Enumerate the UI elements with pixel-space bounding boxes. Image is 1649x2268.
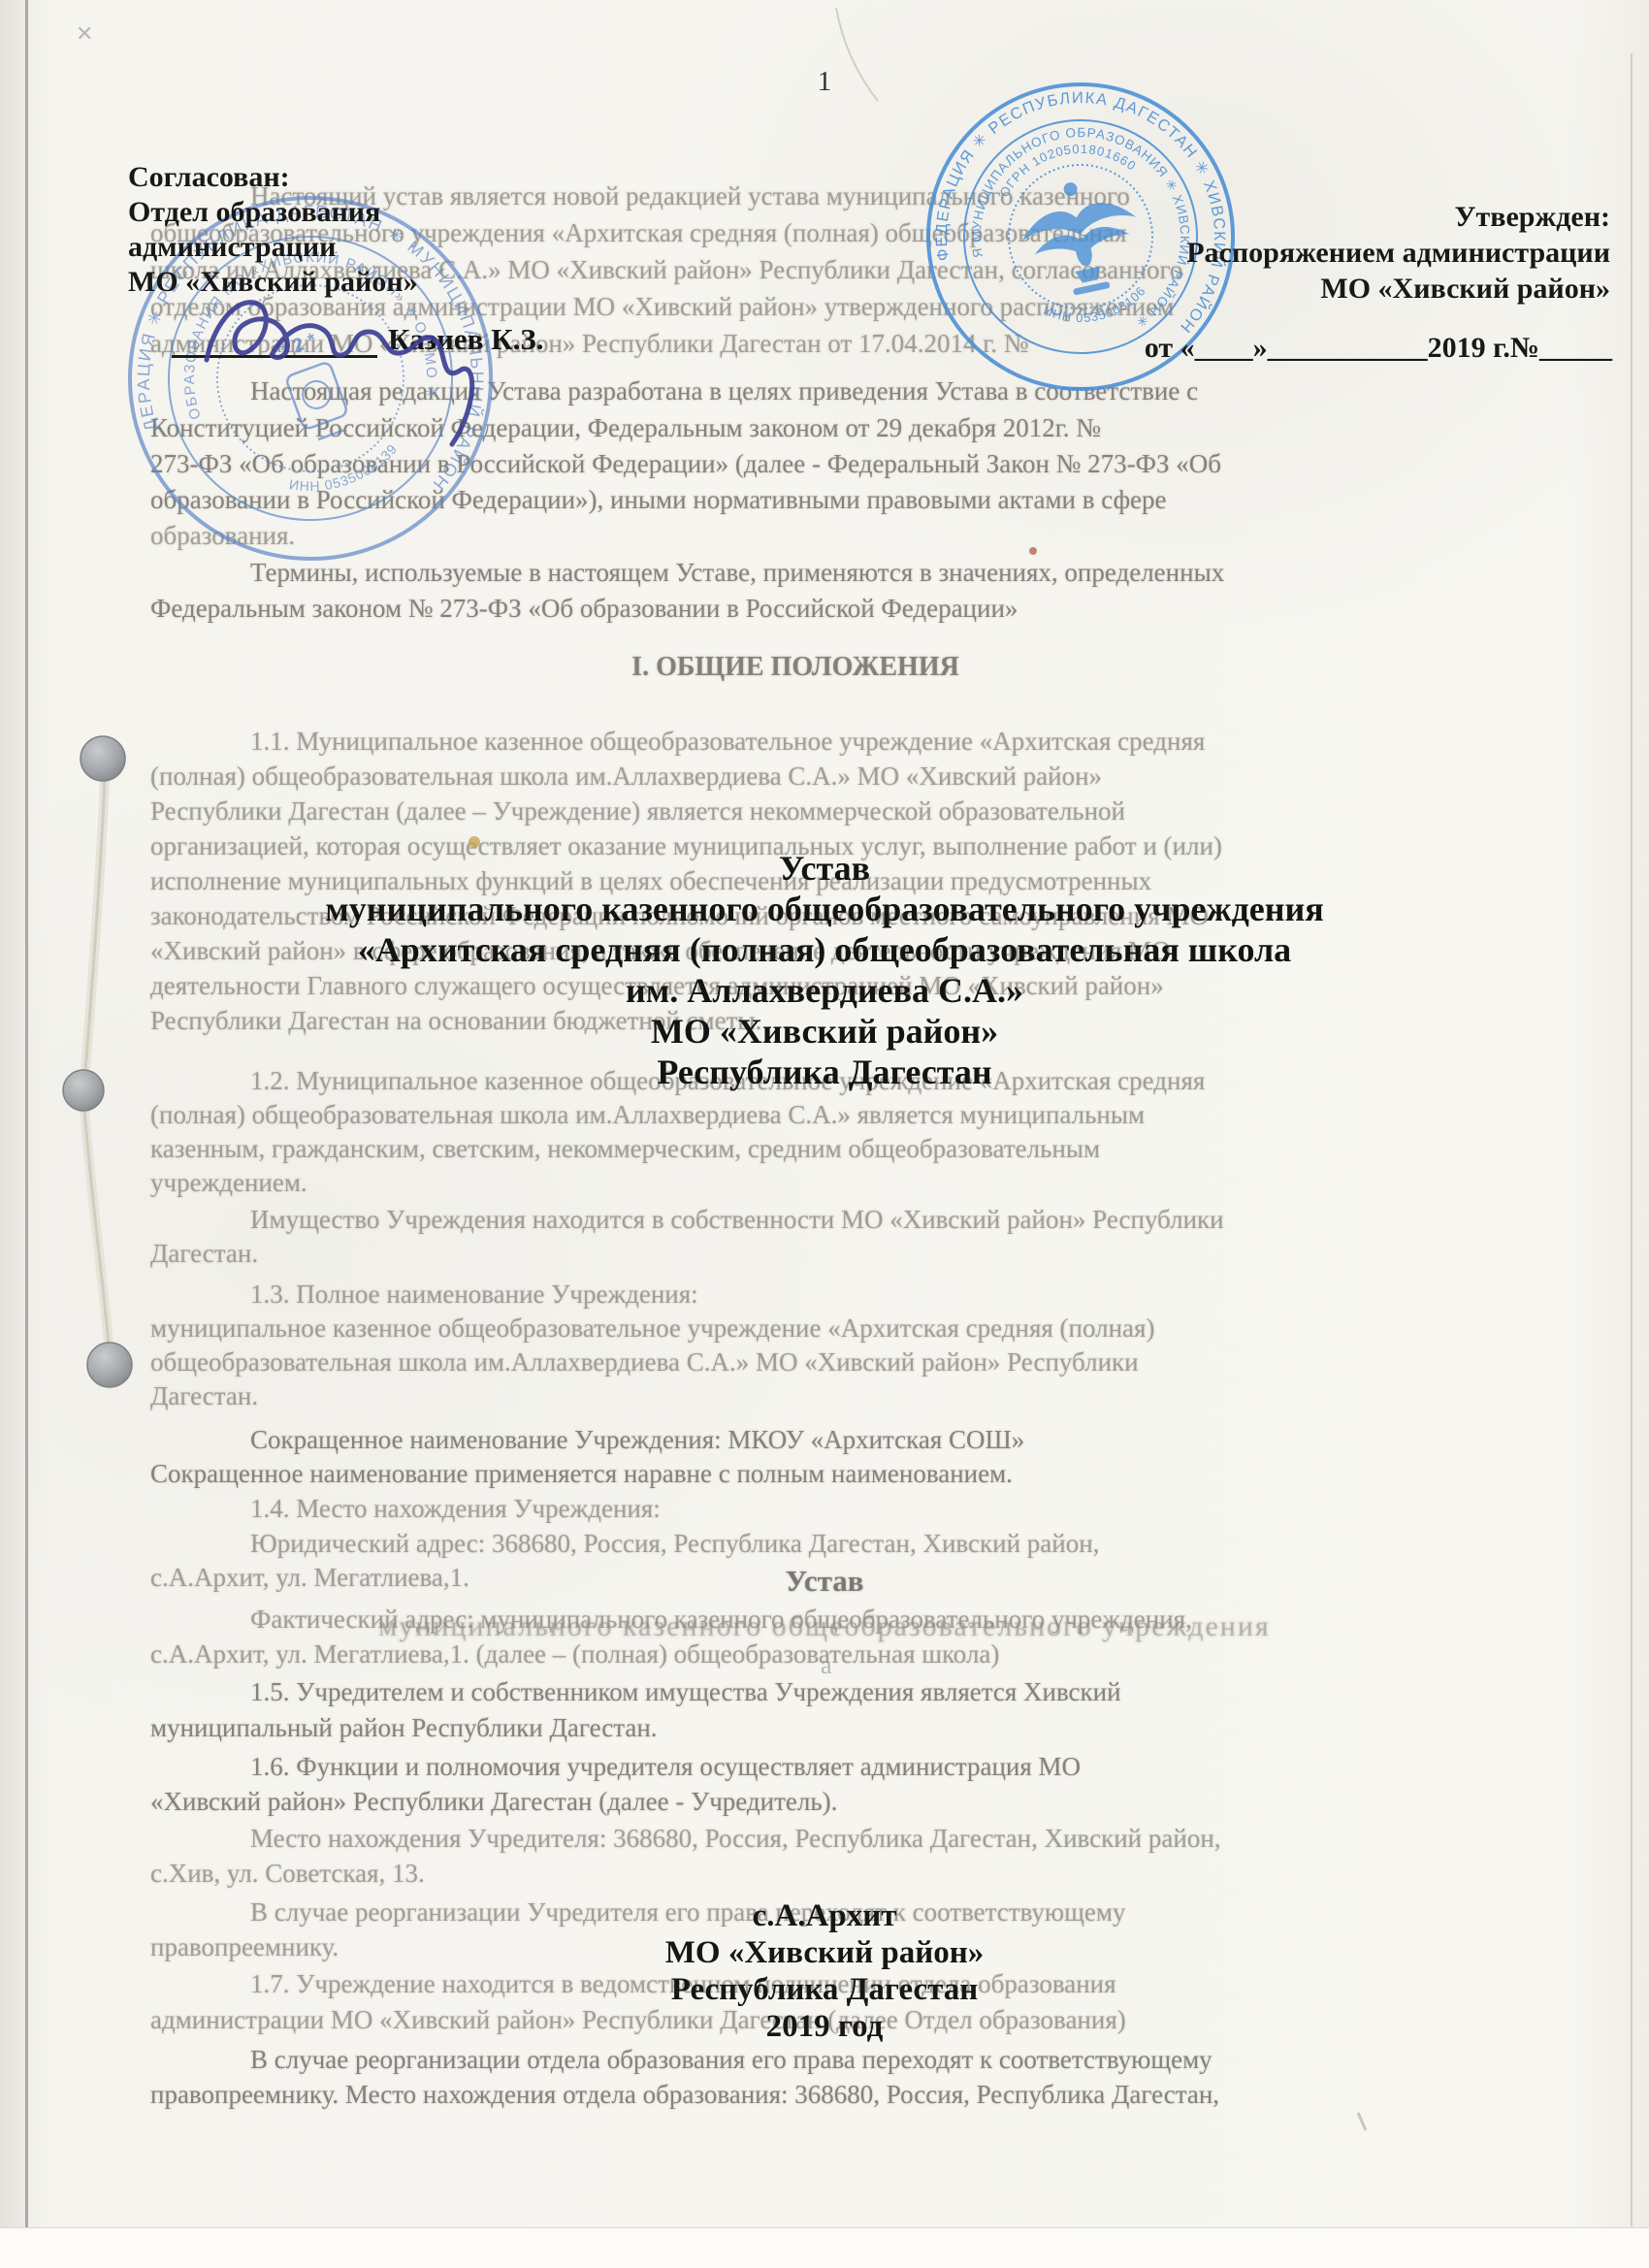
ghost-text-line: Место нахождения Учредителя: 368680, Рос… [250, 1824, 1221, 1854]
ghost-text-line: муниципальное казенное общеобразовательн… [150, 1313, 1154, 1344]
ghost-text-line: общеобразовательная школа им.Аллахвердие… [150, 1347, 1139, 1377]
ghost-text-line: В случае реорганизации отдела образовани… [250, 2045, 1212, 2075]
signatory-name: Казиев К.З. [388, 322, 543, 357]
ghost-text-line: 1.6. Функции и полномочия учредителя осу… [250, 1752, 1081, 1782]
ghost-text-line: Федеральным законом № 273-ФЗ «Об образов… [150, 594, 1018, 624]
ghost-text-line: Сокращенное наименование Учреждения: МКО… [250, 1425, 1024, 1455]
ghost-text-line: (полная) общеобразовательная школа им.Ал… [150, 761, 1102, 792]
ghost-text-line: Республики Дагестан (далее – Учреждение)… [150, 796, 1125, 826]
ghost-text-line: (полная) общеобразовательная школа им.Ал… [150, 1100, 1145, 1130]
scan-artifact-mark: ✕ [76, 21, 93, 47]
agreed-org-lines: Отдел образованияадминистрацииМО «Хивски… [128, 195, 418, 300]
echo-title-line: муниципального казенного общеобразовател… [0, 1610, 1649, 1643]
echo-stray-letter: а [821, 1651, 832, 1680]
agreed-block: Согласован: Отдел образованияадминистрац… [128, 160, 418, 300]
document-title-line: МО «Хивский район» [97, 1011, 1552, 1052]
approved-block: Утвержден: Распоряжением администрацииМО… [1186, 199, 1610, 307]
scanned-charter-page: Настоящий устав является новой редакцией… [0, 0, 1649, 2268]
footer-line: Республика Дагестан [97, 1971, 1552, 2008]
document-title-line: Республика Дагестан [97, 1052, 1552, 1092]
ghost-text-line: Имущество Учреждения находится в собстве… [250, 1205, 1224, 1235]
ghost-section-heading: I. ОБЩИЕ ПОЛОЖЕНИЯ [0, 652, 1591, 683]
ghost-text-line: Юридический адрес: 368680, Россия, Респу… [250, 1529, 1099, 1559]
ghost-text-line: 1.3. Полное наименование Учреждения: [250, 1280, 698, 1310]
footer-line: МО «Хивский район» [97, 1934, 1552, 1971]
ghost-text-line: казенным, гражданским, светским, некомме… [150, 1134, 1100, 1164]
document-title-line: муниципального казенного общеобразовател… [97, 889, 1552, 929]
signature-line [172, 355, 377, 358]
approved-label: Утвержден: [1186, 199, 1610, 235]
ghost-text-line: 1.5. Учредителем и собственником имущест… [250, 1677, 1121, 1707]
signature-row: Казиев К.З. [128, 320, 671, 378]
approved-org-lines: Распоряжением администрацииМО «Хивский р… [1186, 235, 1610, 307]
ghost-text-line: муниципальный район Республики Дагестан. [150, 1713, 658, 1743]
ghost-text-line: Дагестан. [150, 1381, 258, 1411]
ghost-text-line: учреждением. [150, 1168, 307, 1198]
eagle-emblem [1012, 171, 1148, 304]
approval-date-line: от «____»___________2019 г.№_____ [1145, 332, 1612, 365]
document-title-line: им. Аллахвердиева С.А.» [97, 970, 1552, 1011]
agreed-org-line: Отдел образования [128, 195, 418, 230]
approved-org-line: МО «Хивский район» [1186, 271, 1610, 307]
ghost-text-line: 1.4. Место нахождения Учреждения: [250, 1494, 661, 1524]
ghost-text-line: правопреемнику. Место нахождения отдела … [150, 2080, 1219, 2110]
ghost-text-line: с.Хив, ул. Советская, 13. [150, 1859, 425, 1889]
document-title-line: «Архитская средняя (полная) общеобразова… [97, 929, 1552, 970]
document-title-line: Устав [97, 848, 1552, 889]
agreed-label: Согласован: [128, 160, 418, 195]
page-number: 1 [0, 66, 1649, 98]
ghost-text-line: Сокращенное наименование применяется нар… [150, 1459, 1013, 1489]
footer-line: 2019 год [97, 2008, 1552, 2045]
agreed-org-line: МО «Хивский район» [128, 265, 418, 300]
ghost-text-line: с.А.Архит, ул. Мегатлиева,1. (далее – (п… [150, 1639, 999, 1669]
footer-line: с.А.Архит [97, 1897, 1552, 1934]
approved-org-line: Распоряжением администрации [1186, 235, 1610, 271]
ghost-text-line: Дагестан. [150, 1239, 258, 1269]
ghost-text-line: «Хивский район» Республики Дагестан (дал… [150, 1787, 837, 1817]
echo-title-ustav: Устав [0, 1564, 1649, 1599]
document-title-block: Уставмуниципального казенного общеобразо… [97, 848, 1552, 1092]
footer-place-block: с.А.АрхитМО «Хивский район»Республика Да… [97, 1897, 1552, 2045]
ghost-text-line: 1.1. Муниципальное казенное общеобразова… [250, 727, 1205, 757]
agreed-org-line: администрации [128, 230, 418, 265]
